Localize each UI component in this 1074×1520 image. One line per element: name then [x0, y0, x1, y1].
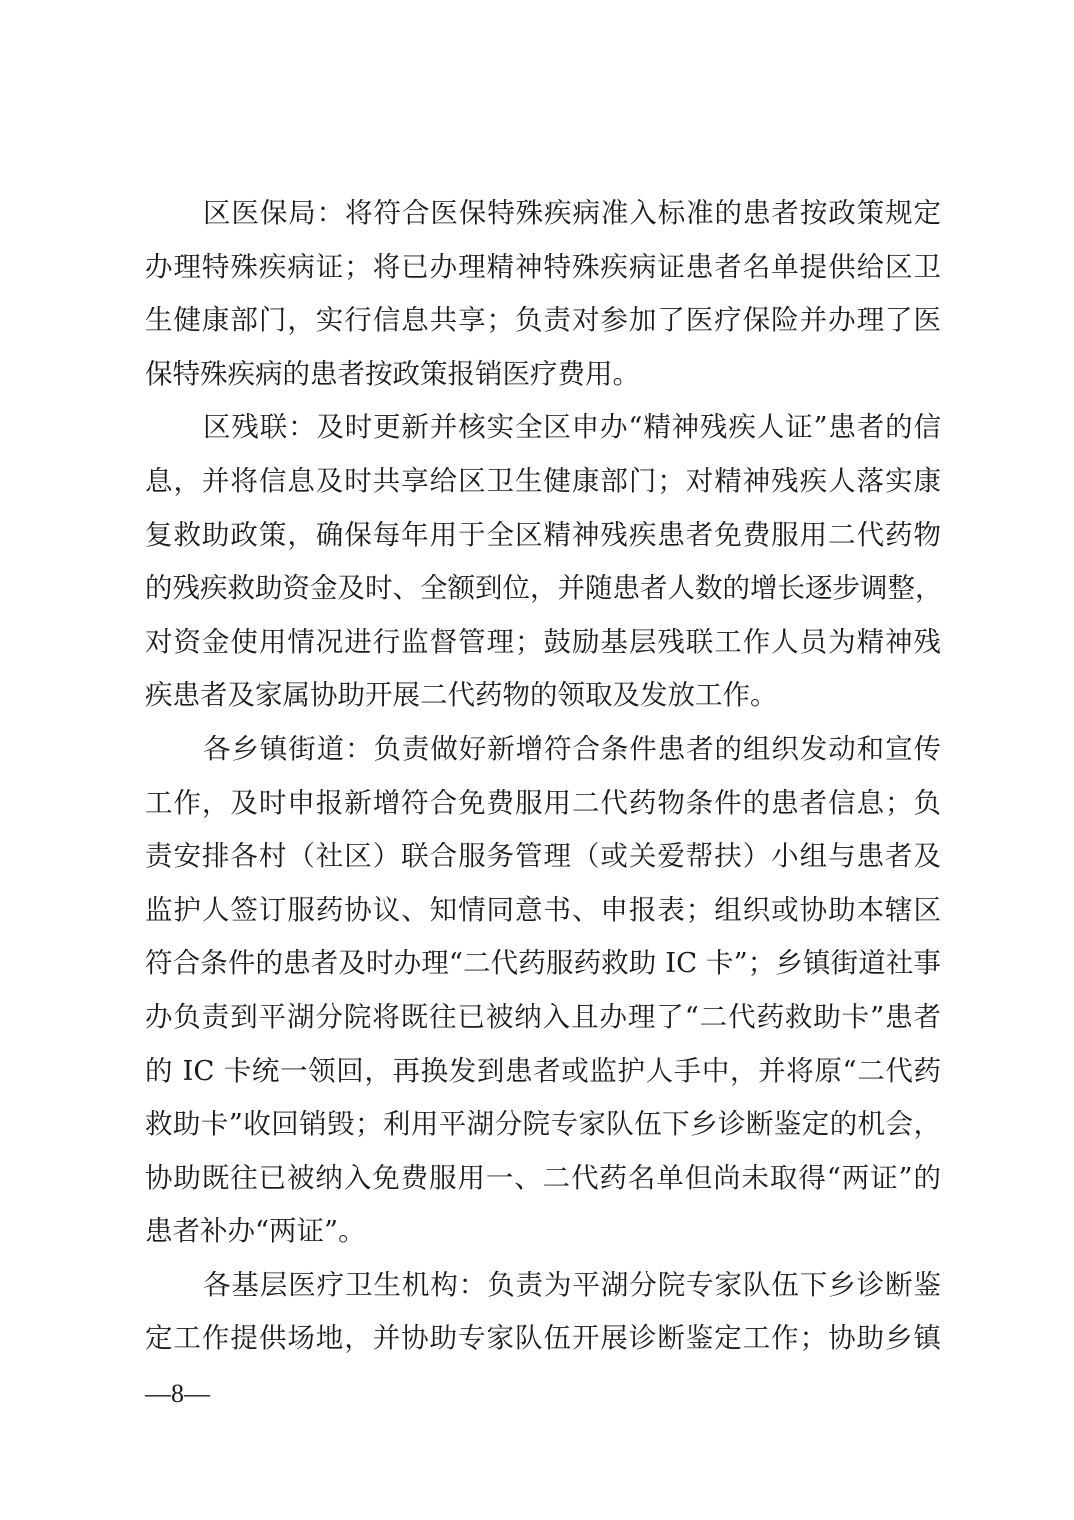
page-number: —8— — [145, 1379, 210, 1409]
paragraph-disabled-persons-federation: 区残联：及时更新并核实全区申办“精神残疾人证”患者的信 息，并将信息及时共享给区… — [145, 407, 941, 729]
text-line: 患者补办“两证”。 — [145, 1211, 941, 1265]
text-line: 各基层医疗卫生机构：负责为平湖分院专家队伍下乡诊断鉴 — [145, 1265, 941, 1319]
text-line: 疾患者及家属协助开展二代药物的领取及发放工作。 — [145, 675, 941, 729]
text-line: 责安排各村（社区）联合服务管理（或关爱帮扶）小组与患者及 — [145, 836, 941, 890]
text-line: 保特殊疾病的患者按政策报销医疗费用。 — [145, 354, 941, 408]
paragraph-towns-and-streets: 各乡镇街道：负责做好新增符合条件患者的组织发动和宣传 工作，及时申报新增符合免费… — [145, 729, 941, 1265]
document-body: 区医保局：将符合医保特殊疾病准入标准的患者按政策规定 办理特殊疾病证；将已办理精… — [145, 193, 941, 1372]
text-line: 生健康部门，实行信息共享；负责对参加了医疗保险并办理了医 — [145, 300, 941, 354]
paragraph-medical-insurance-bureau: 区医保局：将符合医保特殊疾病准入标准的患者按政策规定 办理特殊疾病证；将已办理精… — [145, 193, 941, 407]
text-line: 各乡镇街道：负责做好新增符合条件患者的组织发动和宣传 — [145, 729, 941, 783]
text-line: 的残疾救助资金及时、全额到位，并随患者人数的增长逐步调整， — [145, 568, 941, 622]
text-line: 救助卡”收回销毁；利用平湖分院专家队伍下乡诊断鉴定的机会， — [145, 1104, 941, 1158]
text-line: 办理特殊疾病证；将已办理精神特殊疾病证患者名单提供给区卫 — [145, 247, 941, 301]
text-line: 区残联：及时更新并核实全区申办“精神残疾人证”患者的信 — [145, 407, 941, 461]
text-line: 办负责到平湖分院将既往已被纳入且办理了“二代药救助卡”患者 — [145, 997, 941, 1051]
text-line: 定工作提供场地，并协助专家队伍开展诊断鉴定工作；协助乡镇 — [145, 1318, 941, 1372]
text-line: 的 IC 卡统一领回，再换发到患者或监护人手中，并将原“二代药 — [145, 1051, 941, 1105]
paragraph-primary-medical-institutions: 各基层医疗卫生机构：负责为平湖分院专家队伍下乡诊断鉴 定工作提供场地，并协助专家… — [145, 1265, 941, 1372]
text-line: 符合条件的患者及时办理“二代药服药救助 IC 卡”；乡镇街道社事 — [145, 943, 941, 997]
text-line: 区医保局：将符合医保特殊疾病准入标准的患者按政策规定 — [145, 193, 941, 247]
text-line: 息，并将信息及时共享给区卫生健康部门；对精神残疾人落实康 — [145, 461, 941, 515]
document-page: 区医保局：将符合医保特殊疾病准入标准的患者按政策规定 办理特殊疾病证；将已办理精… — [0, 0, 1074, 1520]
text-line: 对资金使用情况进行监督管理；鼓励基层残联工作人员为精神残 — [145, 622, 941, 676]
text-line: 工作，及时申报新增符合免费服用二代药物条件的患者信息；负 — [145, 783, 941, 837]
text-line: 协助既往已被纳入免费服用一、二代药名单但尚未取得“两证”的 — [145, 1158, 941, 1212]
text-line: 监护人签订服药协议、知情同意书、申报表；组织或协助本辖区 — [145, 890, 941, 944]
text-line: 复救助政策，确保每年用于全区精神残疾患者免费服用二代药物 — [145, 515, 941, 569]
